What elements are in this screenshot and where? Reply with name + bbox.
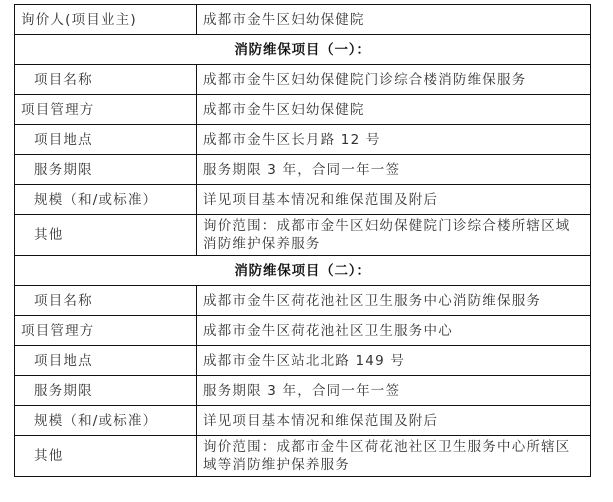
row-label: 询价人(项目业主): [15, 5, 197, 35]
row-label: 项目名称: [15, 286, 197, 316]
row-value: 询价范围：成都市金牛区妇幼保健院门诊综合楼所辖区域消防维护保养服务: [197, 215, 591, 256]
row-value: 服务期限 3 年，合同一年一签: [197, 376, 591, 406]
project-info-table: 询价人(项目业主) 成都市金牛区妇幼保健院 消防维保项目（一）： 项目名称 成都…: [14, 4, 591, 477]
section-header-1: 消防维保项目（一）：: [15, 35, 591, 65]
table-row: 项目名称 成都市金牛区荷花池社区卫生服务中心消防维保服务: [15, 286, 591, 316]
table-row: 其他 询价范围：成都市金牛区妇幼保健院门诊综合楼所辖区域消防维护保养服务: [15, 215, 591, 256]
row-label: 规模（和/或标准）: [15, 185, 197, 215]
row-label: 服务期限: [15, 376, 197, 406]
row-value: 详见项目基本情况和维保范围及附后: [197, 406, 591, 436]
table-row: 其他 询价范围：成都市金牛区荷花池社区卫生服务中心所辖区域等消防维护保养服务: [15, 436, 591, 477]
row-value: 服务期限 3 年，合同一年一签: [197, 155, 591, 185]
table-row: 服务期限 服务期限 3 年，合同一年一签: [15, 376, 591, 406]
row-label: 其他: [15, 436, 197, 477]
row-label: 规模（和/或标准）: [15, 406, 197, 436]
table-row: 项目地点 成都市金牛区长月路 12 号: [15, 125, 591, 155]
table-row-inquirer: 询价人(项目业主) 成都市金牛区妇幼保健院: [15, 5, 591, 35]
table-row: 服务期限 服务期限 3 年，合同一年一签: [15, 155, 591, 185]
table-row: 项目管理方 成都市金牛区妇幼保健院: [15, 95, 591, 125]
row-value: 询价范围：成都市金牛区荷花池社区卫生服务中心所辖区域等消防维护保养服务: [197, 436, 591, 477]
row-value: 成都市金牛区妇幼保健院: [197, 95, 591, 125]
row-label: 服务期限: [15, 155, 197, 185]
row-value: 详见项目基本情况和维保范围及附后: [197, 185, 591, 215]
row-label: 其他: [15, 215, 197, 256]
table-row: 项目管理方 成都市金牛区荷花池社区卫生服务中心: [15, 316, 591, 346]
row-value: 成都市金牛区妇幼保健院门诊综合楼消防维保服务: [197, 65, 591, 95]
row-value: 成都市金牛区荷花池社区卫生服务中心消防维保服务: [197, 286, 591, 316]
section-header-2: 消防维保项目（二）：: [15, 256, 591, 286]
section-title: 消防维保项目（二）：: [15, 256, 591, 286]
table-row: 项目地点 成都市金牛区站北北路 149 号: [15, 346, 591, 376]
table-row: 规模（和/或标准） 详见项目基本情况和维保范围及附后: [15, 406, 591, 436]
row-label: 项目名称: [15, 65, 197, 95]
row-label: 项目地点: [15, 346, 197, 376]
row-value: 成都市金牛区荷花池社区卫生服务中心: [197, 316, 591, 346]
row-value: 成都市金牛区长月路 12 号: [197, 125, 591, 155]
row-label: 项目管理方: [15, 95, 197, 125]
section-title: 消防维保项目（一）：: [15, 35, 591, 65]
row-label: 项目地点: [15, 125, 197, 155]
row-label: 项目管理方: [15, 316, 197, 346]
table-row: 项目名称 成都市金牛区妇幼保健院门诊综合楼消防维保服务: [15, 65, 591, 95]
table-row: 规模（和/或标准） 详见项目基本情况和维保范围及附后: [15, 185, 591, 215]
row-value: 成都市金牛区站北北路 149 号: [197, 346, 591, 376]
row-value: 成都市金牛区妇幼保健院: [197, 5, 591, 35]
